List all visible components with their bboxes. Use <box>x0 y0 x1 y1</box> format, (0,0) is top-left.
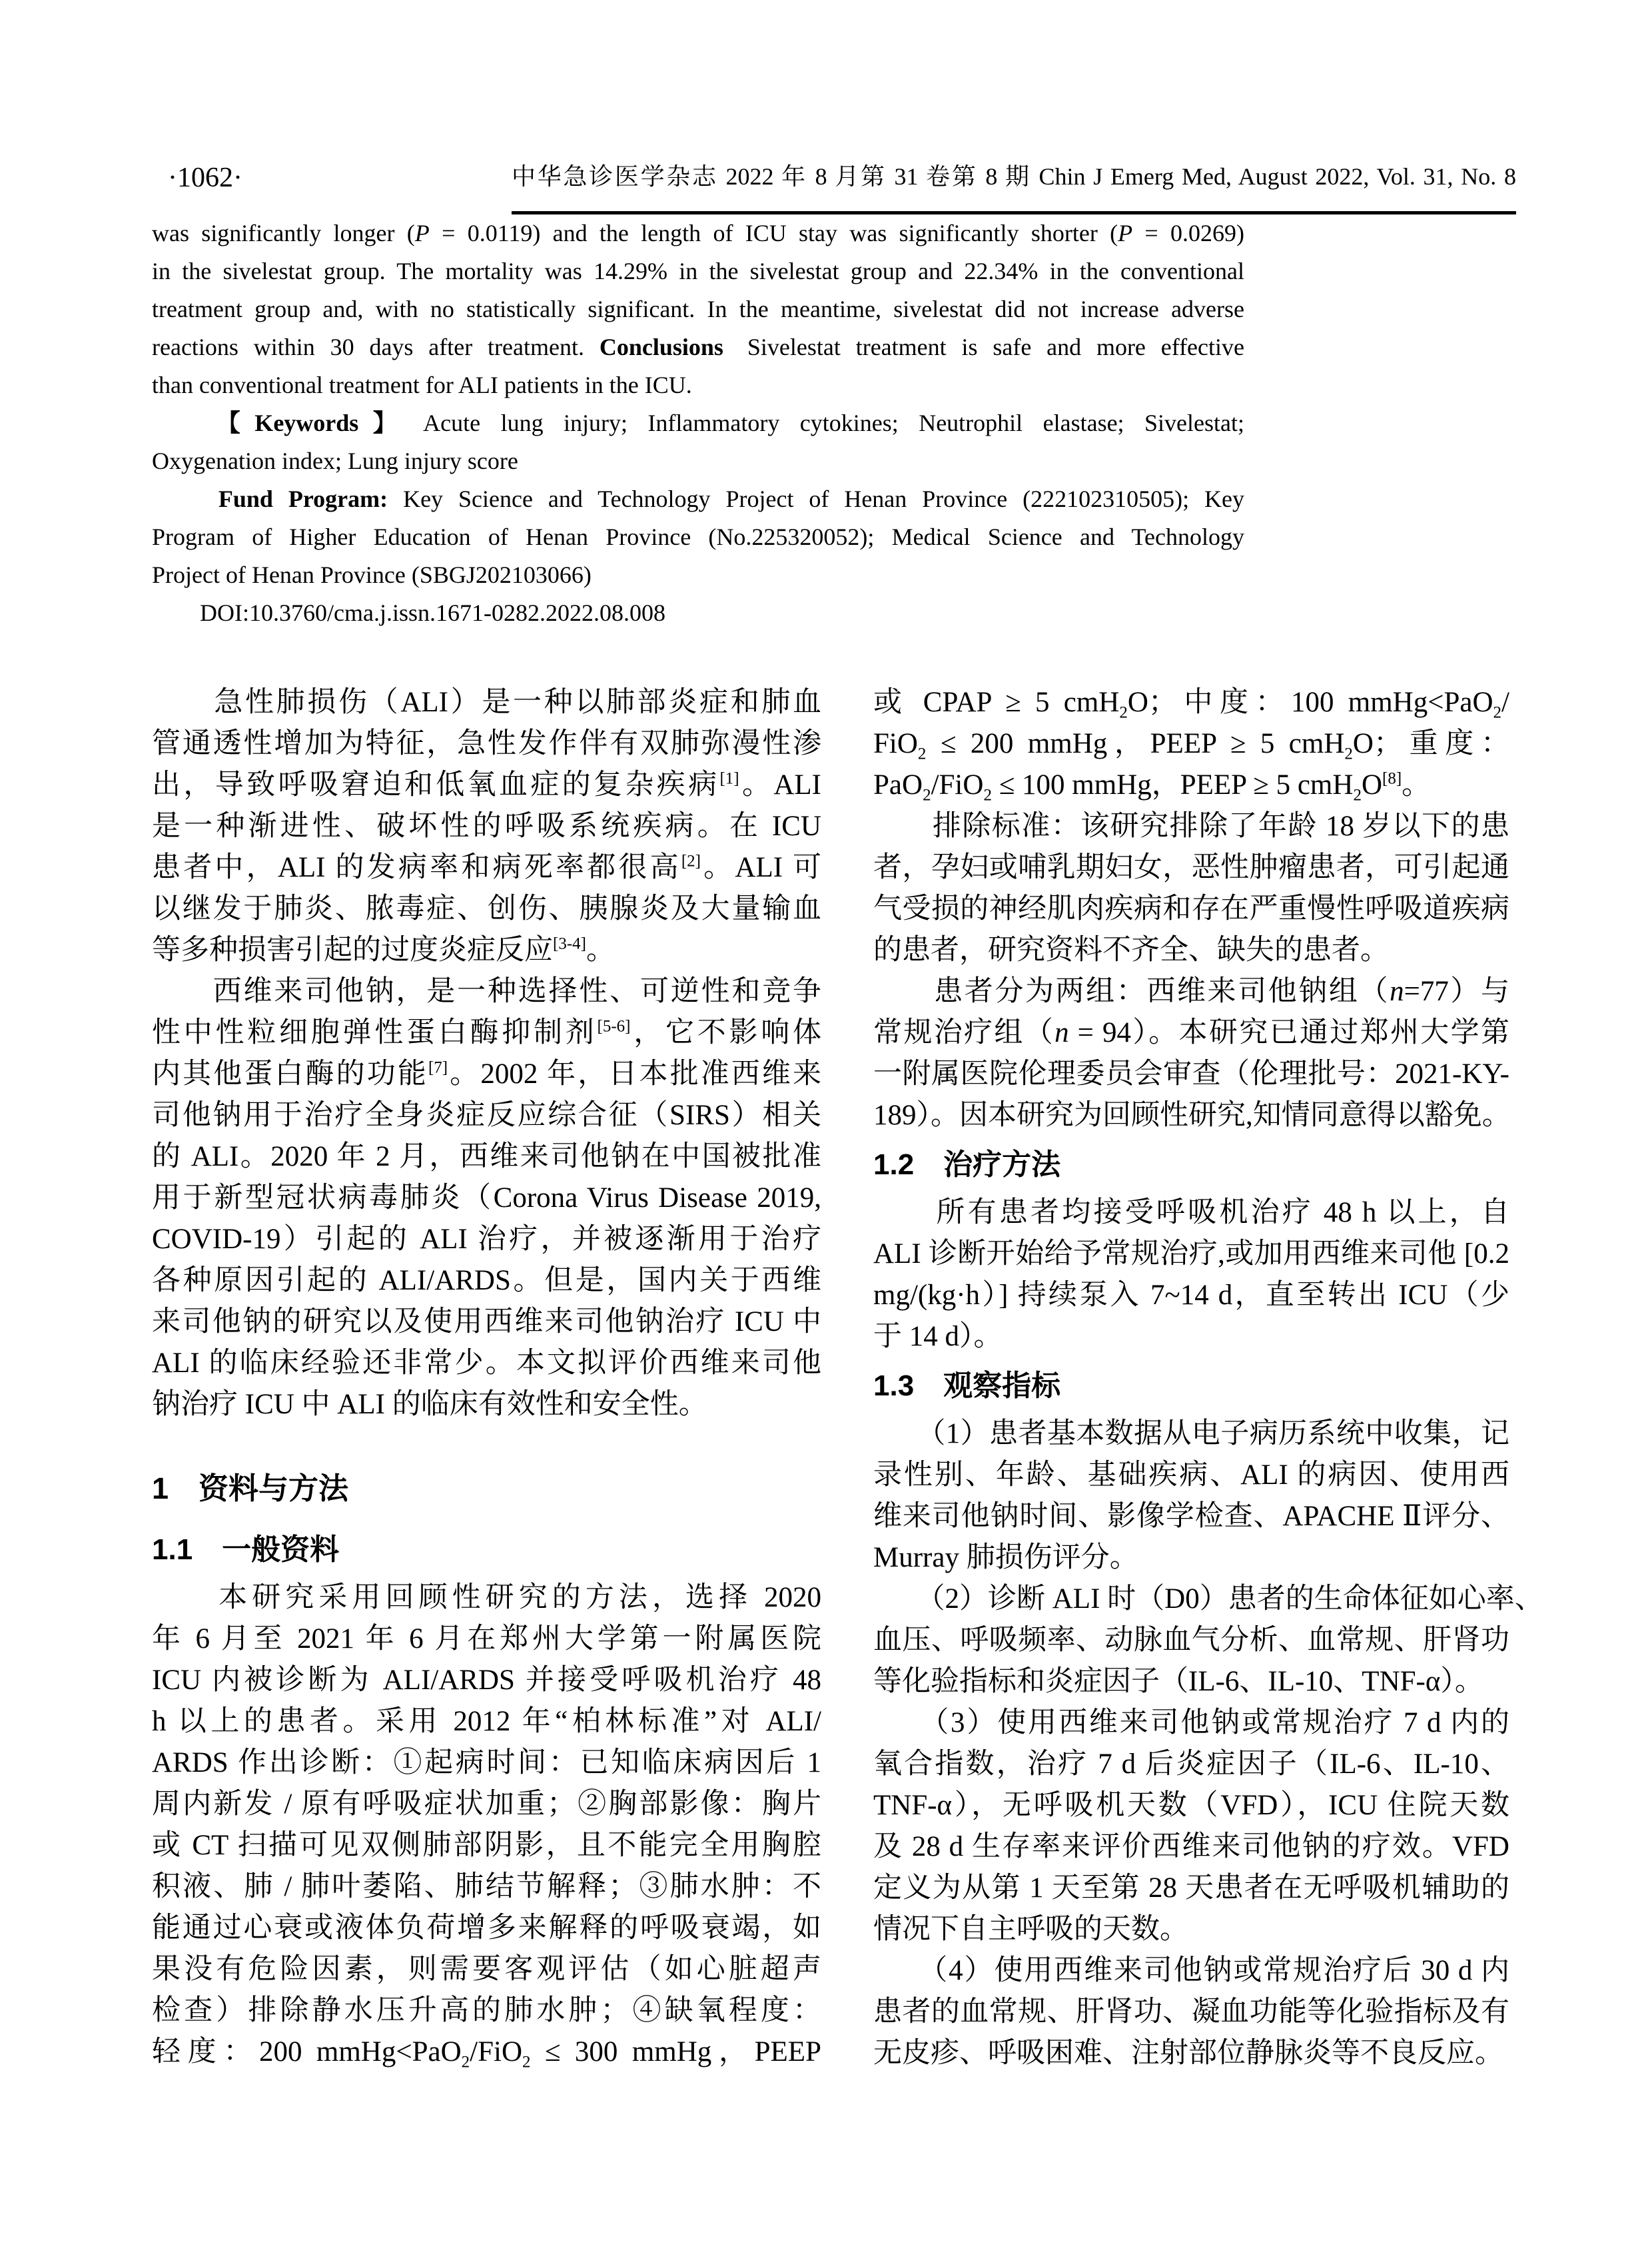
text-line: 能通过心衰或液体负荷增多来解释的呼吸衰竭，如 <box>152 1908 821 1949</box>
text-line: ICU 内被诊断为 ALI/ARDS 并接受呼吸机治疗 48 <box>152 1660 821 1701</box>
text-line: 的 ALI。2020 年 2 月，西维来司他钠在中国被批准 <box>152 1136 821 1178</box>
paragraph: 西维来司他钠，是一种选择性、可逆性和竞争性中性粒细胞弹性蛋白酶抑制剂[5-6]，… <box>152 971 821 1425</box>
text-line: 司他钠用于治疗全身炎症反应综合征（SIRS）相关 <box>152 1095 821 1136</box>
text-line: 患者中，ALI 的发病率和病死率都很高[2]。ALI 可 <box>152 847 821 889</box>
paragraph: （3）使用西维来司他钠或常规治疗 7 d 内的氧合指数，治疗 7 d 后炎症因子… <box>873 1702 1509 1950</box>
text-line: 气受损的神经肌肉疾病和存在严重慢性呼吸道疾病 <box>873 889 1509 930</box>
right-column: 或 CPAP ≥ 5 cmH2O；中度：100 mmHg<PaO2/FiO2 ≤… <box>873 682 1509 2074</box>
text-line: mg/(kg·h）] 持续泵入 7~14 d，直至转出 ICU（少 <box>873 1275 1509 1316</box>
paragraph: 患者分为两组：西维来司他钠组（n=77）与常规治疗组（n = 94）。本研究已通… <box>873 971 1509 1136</box>
text-line: 性中性粒细胞弹性蛋白酶抑制剂[5-6]，它不影响体 <box>152 1012 821 1054</box>
text-line: treatment group and, with no statistical… <box>152 290 1244 328</box>
journal-page: ·1062· 中华急诊医学杂志 2022 年 8 月第 31 卷第 8 期 Ch… <box>0 0 1652 2242</box>
text-line: 出，导致呼吸窘迫和低氧血症的复杂疾病[1]。ALI <box>152 765 821 806</box>
paragraph: 本研究采用回顾性研究的方法，选择 2020年 6 月至 2021 年 6 月在郑… <box>152 1577 821 2073</box>
text-line: 录性别、年龄、基础疾病、ALI 的病因、使用西 <box>873 1455 1509 1496</box>
text-line: 血压、呼吸频率、动脉血气分析、血常规、肝肾功 <box>873 1620 1509 1661</box>
text-line: 钠治疗 ICU 中 ALI 的临床有效性和安全性。 <box>152 1384 821 1425</box>
paragraph: （4）使用西维来司他钠或常规治疗后 30 d 内患者的血常规、肝肾功、凝血功能等… <box>873 1950 1509 2074</box>
text-line: 于 14 d）。 <box>873 1316 1509 1357</box>
text-line: （3）使用西维来司他钠或常规治疗 7 d 内的 <box>873 1702 1509 1744</box>
text-line: 积液、肺 / 肺叶萎陷、肺结节解释；③肺水肿：不 <box>152 1866 821 1908</box>
text-line: 定义为从第 1 天至第 28 天患者在无呼吸机辅助的 <box>873 1868 1509 1909</box>
text-line: 及 28 d 生存率来评价西维来司他钠的疗效。VFD <box>873 1826 1509 1868</box>
section-heading: 1.2 治疗方法 <box>873 1144 1509 1186</box>
section-heading: 1.3 观察指标 <box>873 1365 1509 1407</box>
paragraph: 【Keywords】 Acute lung injury; Inflammato… <box>152 404 1244 480</box>
section-heading: 1 资料与方法 <box>152 1468 821 1509</box>
text-line: reactions within 30 days after treatment… <box>152 328 1244 366</box>
text-line: （1）患者基本数据从电子病历系统中收集，记 <box>873 1413 1509 1455</box>
text-line: Fund Program: Key Science and Technology… <box>152 480 1244 518</box>
paragraph: Fund Program: Key Science and Technology… <box>152 480 1244 594</box>
text-line: 急性肺损伤（ALI）是一种以肺部炎症和肺血 <box>152 682 821 723</box>
text-line: 【Keywords】 Acute lung injury; Inflammato… <box>152 404 1244 442</box>
text-line: than conventional treatment for ALI pati… <box>152 366 1244 404</box>
text-line: 管通透性增加为特征，急性发作伴有双肺弥漫性渗 <box>152 723 821 765</box>
text-line: 检查）排除静水压升高的肺水肿；④缺氧程度： <box>152 1990 821 2032</box>
text-line: 患者分为两组：西维来司他钠组（n=77）与 <box>873 971 1509 1012</box>
text-line: 189）。因本研究为回顾性研究,知情同意得以豁免。 <box>873 1095 1509 1136</box>
text-line: 本研究采用回顾性研究的方法，选择 2020 <box>152 1577 821 1619</box>
text-line: h 以上的患者。采用 2012 年“柏林标准”对 ALI/ <box>152 1701 821 1742</box>
text-line: ALI 诊断开始给予常规治疗,或加用西维来司他 [0.2 <box>873 1234 1509 1275</box>
text-line: 以继发于肺炎、脓毒症、创伤、胰腺炎及大量输血 <box>152 889 821 930</box>
text-line: ALI 的临床经验还非常少。本文拟评价西维来司他 <box>152 1343 821 1384</box>
text-line: Project of Henan Province (SBGJ202103066… <box>152 556 1244 594</box>
paragraph: 排除标准：该研究排除了年龄 18 岁以下的患者，孕妇或哺乳期妇女，恶性肿瘤患者，… <box>873 806 1509 971</box>
text-line: PaO2/FiO2 ≤ 100 mmHg，PEEP ≥ 5 cmH2O[8]。 <box>873 765 1509 806</box>
text-line: （2）诊断 ALI 时（D0）患者的生命体征如心率、 <box>873 1579 1509 1620</box>
text-line: 是一种渐进性、破坏性的呼吸系统疾病。在 ICU <box>152 806 821 847</box>
text-line: 无皮疹、呼吸困难、注射部位静脉炎等不良反应。 <box>873 2033 1509 2074</box>
text-line: 氧合指数，治疗 7 d 后炎症因子（IL-6、IL-10、 <box>873 1744 1509 1785</box>
text-line: Oxygenation index; Lung injury score <box>152 442 1244 480</box>
text-line: 所有患者均接受呼吸机治疗 48 h 以上，自 <box>873 1192 1509 1234</box>
text-line: 常规治疗组（n = 94）。本研究已通过郑州大学第 <box>873 1012 1509 1054</box>
text-line: 西维来司他钠，是一种选择性、可逆性和竞争 <box>152 971 821 1012</box>
section-heading: 1.1 一般资料 <box>152 1529 821 1571</box>
page-number: ·1062· <box>168 164 242 192</box>
text-line: ARDS 作出诊断：①起病时间：已知临床病因后 1 <box>152 1742 821 1784</box>
text-line: 情况下自主呼吸的天数。 <box>873 1909 1509 1950</box>
text-line: 等多种损害引起的过度炎症反应[3-4]。 <box>152 930 821 971</box>
journal-title: 中华急诊医学杂志 2022 年 8 月第 31 卷第 8 期 Chin J Em… <box>512 163 1516 191</box>
paragraph: （1）患者基本数据从电子病历系统中收集，记录性别、年龄、基础疾病、ALI 的病因… <box>873 1413 1509 1579</box>
text-line: 维来司他钠时间、影像学检查、APACHE Ⅱ评分、 <box>873 1496 1509 1537</box>
text-line: TNF-α），无呼吸机天数（VFD），ICU 住院天数 <box>873 1785 1509 1826</box>
text-line: 各种原因引起的 ALI/ARDS。但是，国内关于西维 <box>152 1260 821 1302</box>
text-line: was significantly longer (P = 0.0119) an… <box>152 214 1244 252</box>
text-line: 内其他蛋白酶的功能[7]。2002 年，日本批准西维来 <box>152 1054 821 1095</box>
text-line: 果没有危险因素，则需要客观评估（如心脏超声 <box>152 1949 821 1990</box>
text-line: 等化验指标和炎症因子（IL-6、IL-10、TNF-α）。 <box>873 1661 1509 1702</box>
text-line: COVID-19）引起的 ALI 治疗，并被逐渐用于治疗 <box>152 1219 821 1260</box>
text-line: 患者的血常规、肝肾功、凝血功能等化验指标及有 <box>873 1992 1509 2033</box>
text-line: 或 CT 扫描可见双侧肺部阴影，且不能完全用胸腔 <box>152 1825 821 1866</box>
text-line: 用于新型冠状病毒肺炎（Corona Virus Disease 2019, <box>152 1178 821 1219</box>
text-line: in the sivelestat group. The mortality w… <box>152 252 1244 290</box>
text-line: 周内新发 / 原有呼吸症状加重；②胸部影像：胸片 <box>152 1784 821 1825</box>
text-line: 排除标准：该研究排除了年龄 18 岁以下的患 <box>873 806 1509 847</box>
paragraph: 所有患者均接受呼吸机治疗 48 h 以上，自ALI 诊断开始给予常规治疗,或加用… <box>873 1192 1509 1357</box>
paragraph: （2）诊断 ALI 时（D0）患者的生命体征如心率、血压、呼吸频率、动脉血气分析… <box>873 1579 1509 1702</box>
text-line: 一附属医院伦理委员会审查（伦理批号：2021-KY- <box>873 1054 1509 1095</box>
paragraph: DOI:10.3760/cma.j.issn.1671-0282.2022.08… <box>152 594 1244 632</box>
text-line: 来司他钠的研究以及使用西维来司他钠治疗 ICU 中 <box>152 1302 821 1343</box>
text-line: （4）使用西维来司他钠或常规治疗后 30 d 内 <box>873 1950 1509 1992</box>
paragraph: 或 CPAP ≥ 5 cmH2O；中度：100 mmHg<PaO2/FiO2 ≤… <box>873 682 1509 806</box>
left-column: 急性肺损伤（ALI）是一种以肺部炎症和肺血管通透性增加为特征，急性发作伴有双肺弥… <box>152 682 821 2073</box>
text-line: Program of Higher Education of Henan Pro… <box>152 518 1244 556</box>
abstract-block: was significantly longer (P = 0.0119) an… <box>152 214 1244 632</box>
text-line: 或 CPAP ≥ 5 cmH2O；中度：100 mmHg<PaO2/ <box>873 682 1509 723</box>
text-line: 者，孕妇或哺乳期妇女，恶性肿瘤患者，可引起通 <box>873 847 1509 889</box>
paragraph: 急性肺损伤（ALI）是一种以肺部炎症和肺血管通透性增加为特征，急性发作伴有双肺弥… <box>152 682 821 971</box>
text-line: 轻度：200 mmHg<PaO2/FiO2 ≤ 300 mmHg，PEEP <box>152 2032 821 2073</box>
text-line: DOI:10.3760/cma.j.issn.1671-0282.2022.08… <box>152 594 1244 632</box>
text-line: 年 6 月至 2021 年 6 月在郑州大学第一附属医院 <box>152 1619 821 1660</box>
text-line: 的患者，研究资料不齐全、缺失的患者。 <box>873 930 1509 971</box>
text-line: Murray 肺损伤评分。 <box>873 1537 1509 1579</box>
text-line: FiO2 ≤ 200 mmHg，PEEP ≥ 5 cmH2O；重度： <box>873 723 1509 765</box>
paragraph: was significantly longer (P = 0.0119) an… <box>152 214 1244 404</box>
